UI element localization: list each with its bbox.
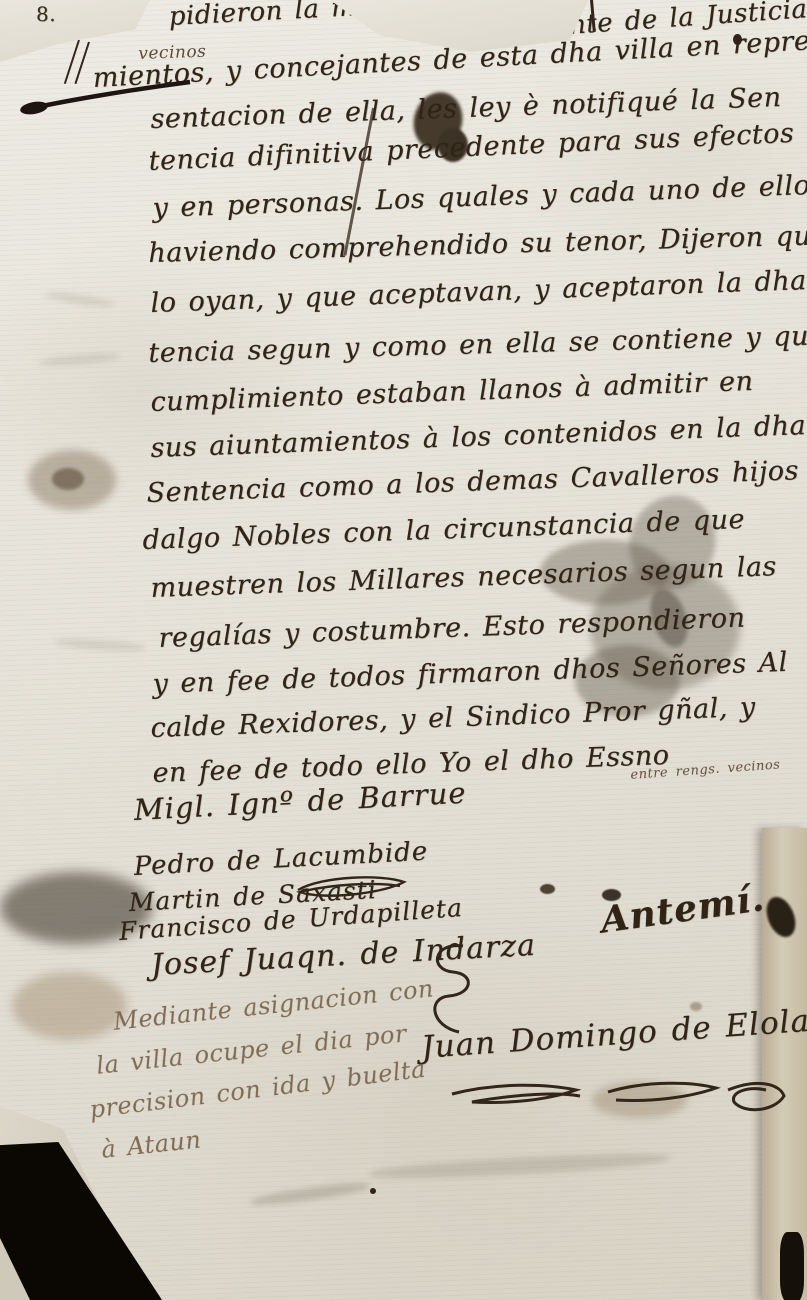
signature-flourish [415,940,485,1040]
page-number: 8. [36,2,56,26]
ink-arrow-mark [18,70,198,120]
signature-rubric [448,1072,788,1120]
page-fold-right-edge [762,828,807,1300]
manuscript-photo: pidieron la may ante de la Justicia Rexi… [0,0,807,1300]
signature-flourish [292,870,412,904]
